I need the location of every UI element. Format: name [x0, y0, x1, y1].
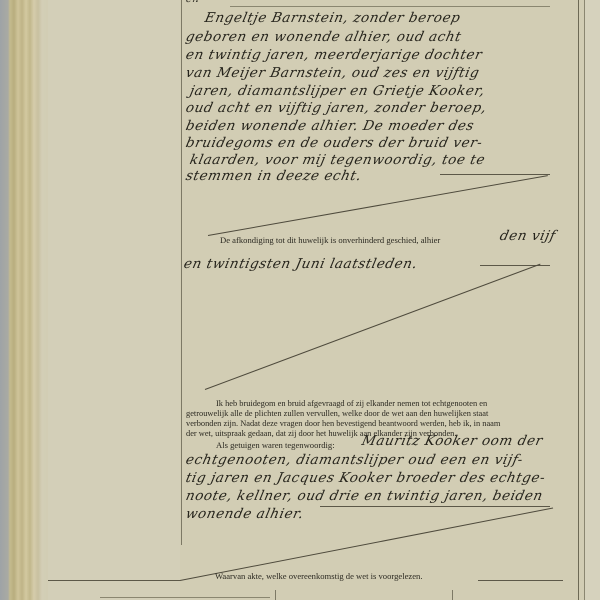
handwritten-line: Engeltje Barnstein, zonder beroep — [203, 10, 462, 26]
handwritten-line: bruidegoms en de ouders der bruid ver- — [184, 135, 484, 151]
handwritten-line: klaarden, voor mij tegenwoordig, toe te — [188, 152, 486, 168]
proclamation-printed: De afkondiging tot dit huwelijk is onver… — [220, 235, 440, 245]
witnesses-handwritten: noote, kellner, oud drie en twintig jare… — [184, 488, 544, 504]
fill-line — [480, 265, 550, 266]
declaration-line: getrouwelijk alle de plichten zullen ver… — [186, 409, 576, 419]
fill-strike-line — [208, 175, 548, 236]
witnesses-label: Als getuigen waren tegenwoordig: — [216, 440, 335, 450]
proclamation-handwritten-date-1: den vijf — [498, 228, 557, 244]
closing-rule-left — [48, 580, 180, 581]
closing-rule-right — [478, 580, 563, 581]
handwritten-line: beiden wonende alhier. De moeder des — [184, 118, 475, 134]
witnesses-handwritten: tig jaren en Jacques Kooker broeder des … — [184, 470, 547, 486]
handwritten-line: oud acht en vijftig jaren, zonder beroep… — [184, 100, 488, 116]
handwritten-line: en — [185, 0, 201, 5]
declaration-line: Ik heb bruidegom en bruid afgevraagd of … — [186, 399, 576, 409]
proclamation-handwritten-date-2: en twintigsten Juni laatstleden. — [182, 256, 419, 272]
witnesses-handwritten: echtgenooten, diamantslijper oud een en … — [184, 452, 524, 468]
closing-printed: Waarvan akte, welke overeenkomstig de we… — [215, 571, 422, 581]
footer-rule-2 — [452, 590, 453, 600]
declaration-line: verbonden zijn. Nadat deze vragen door h… — [186, 419, 576, 429]
right-page-edge — [584, 0, 600, 600]
footer-rule — [100, 597, 270, 598]
margin-rule-right — [578, 0, 579, 600]
register-page: en Engeltje Barnstein, zonder beroep geb… — [0, 0, 600, 600]
handwritten-line: en twintig jaren, meerderjarige dochter — [184, 47, 484, 63]
fill-line — [320, 506, 550, 507]
margin-rule-left — [181, 0, 182, 545]
fill-strike-line — [205, 264, 541, 390]
handwritten-line: van Meijer Barnstein, oud zes en vijftig — [184, 65, 481, 81]
handwritten-line: geboren en wonende alhier, oud acht — [184, 29, 463, 45]
footer-rule-1 — [275, 590, 276, 600]
top-rule — [230, 6, 550, 7]
handwritten-line: stemmen in deeze echt. — [184, 168, 363, 184]
handwritten-line: jaren, diamantslijper en Grietje Kooker, — [188, 83, 486, 99]
witnesses-handwritten: wonende alhier. — [184, 506, 305, 522]
witnesses-handwritten: Mauritz Kooker oom der — [360, 433, 544, 449]
book-spine-edge — [0, 0, 48, 600]
fill-line — [440, 174, 550, 175]
left-margin-column — [48, 0, 180, 600]
